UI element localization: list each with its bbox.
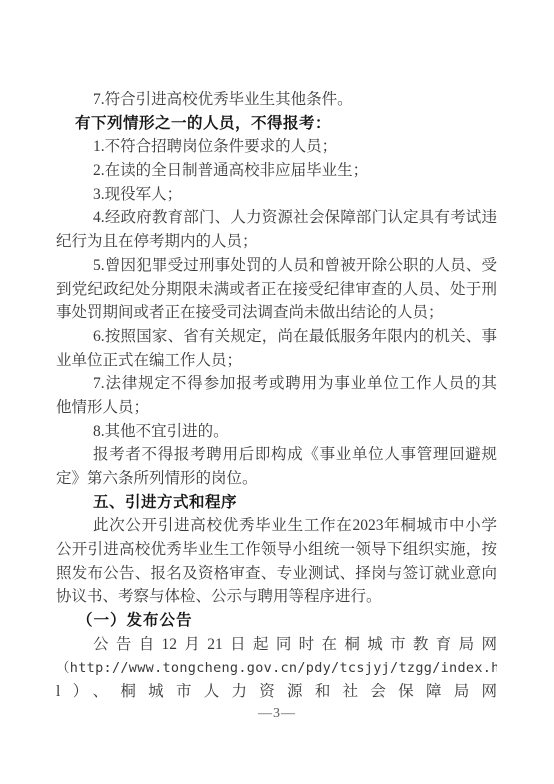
forbidden-item-6-line-1: 6.按照国家、省有关规定，尚在最低服务年限内的机关、事 (56, 325, 497, 349)
forbidden-item-2: 2.在读的全日制普通高校非应届毕业生； (56, 159, 497, 183)
section-5-heading: 五、引进方式和程序 (56, 491, 497, 515)
forbidden-item-7-line-2: 他情形人员； (56, 396, 497, 420)
announcement-date-line: 公告自12月21日起同时在桐城市教育局网 (56, 633, 497, 657)
forbidden-item-7-line-1: 7.法律规定不得参加报考或聘用为事业单位工作人员的其 (56, 372, 497, 396)
condition-item-7: 7.符合引进高校优秀毕业生其他条件。 (56, 88, 497, 112)
announcement-url-line: （http://www.tongcheng.gov.cn/pdy/tcsjyj/… (56, 657, 497, 681)
forbidden-item-5-line-3: 事处罚期间或者正在接受司法调查尚未做出结论的人员； (56, 301, 497, 325)
subsection-1-heading: （一）发布公告 (56, 609, 497, 633)
forbidden-item-4-line-2: 纪行为且在停考期内的人员； (56, 230, 497, 254)
not-allowed-header: 有下列情形之一的人员，不得报考： (56, 112, 497, 136)
page-number: —3— (0, 705, 554, 723)
announcement-sites-line: l）、桐城市人力资源和社会保障局网 (56, 680, 497, 704)
forbidden-item-5-line-2: 到党纪政纪处分期限未满或者正在接受纪律审查的人员、处于刑 (56, 278, 497, 302)
document-page: 7.符合引进高校优秀毕业生其他条件。 有下列情形之一的人员，不得报考： 1.不符… (0, 0, 554, 784)
document-body: 7.符合引进高校优秀毕业生其他条件。 有下列情形之一的人员，不得报考： 1.不符… (56, 88, 497, 704)
section-5-intro-line-3: 照发布公告、报名及资格审查、专业测试、择岗与签订就业意向 (56, 562, 497, 586)
avoidance-note-line-1: 报考者不得报考聘用后即构成《事业单位人事管理回避规 (56, 443, 497, 467)
section-5-intro-line-4: 协议书、考察与体检、公示与聘用等程序进行。 (56, 585, 497, 609)
forbidden-item-3: 3.现役军人； (56, 183, 497, 207)
forbidden-item-1: 1.不符合招聘岗位条件要求的人员； (56, 135, 497, 159)
forbidden-item-8: 8.其他不宜引进的。 (56, 420, 497, 444)
forbidden-item-4-line-1: 4.经政府教育部门、人力资源社会保障部门认定具有考试违 (56, 206, 497, 230)
section-5-intro-line-1: 此次公开引进高校优秀毕业生工作在2023年桐城市中小学 (56, 514, 497, 538)
forbidden-item-5-line-1: 5.曾因犯罪受过刑事处罚的人员和曾被开除公职的人员、受 (56, 254, 497, 278)
forbidden-item-6-line-2: 业单位正式在编工作人员； (56, 349, 497, 373)
avoidance-note-line-2: 定》第六条所列情形的岗位。 (56, 467, 497, 491)
section-5-intro-line-2: 公开引进高校优秀毕业生工作领导小组统一领导下组织实施，按 (56, 538, 497, 562)
